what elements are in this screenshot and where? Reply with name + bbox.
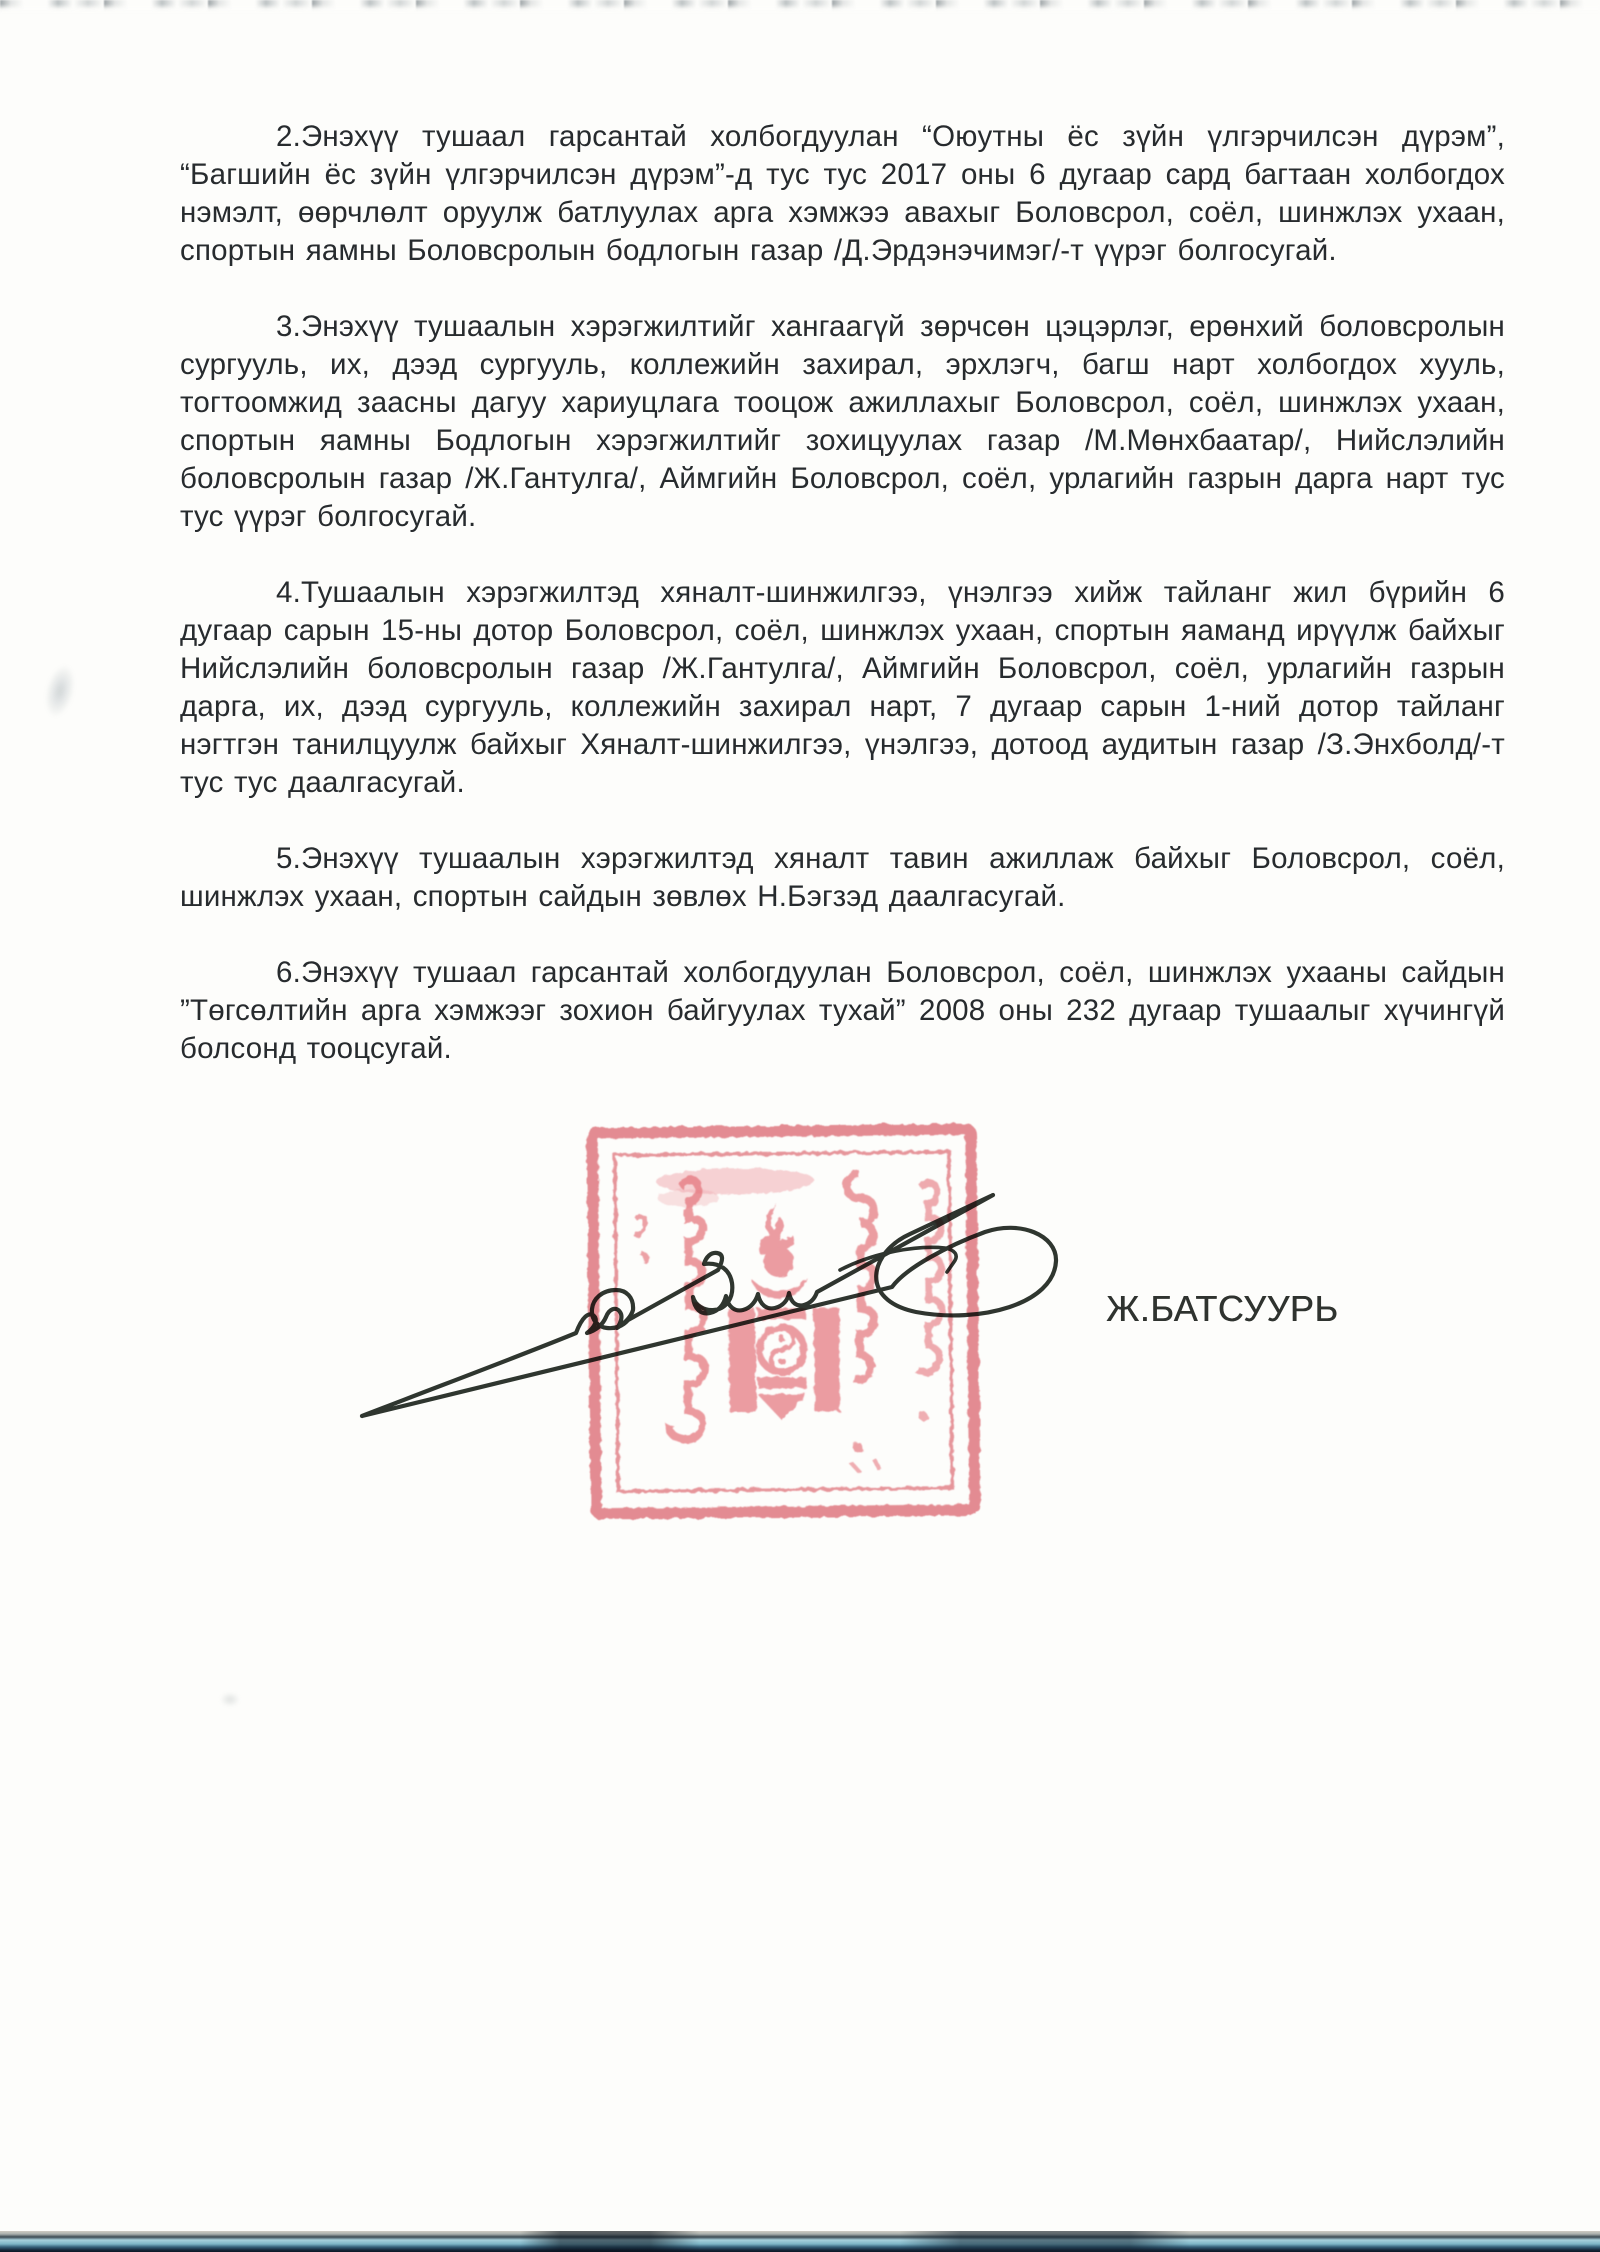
scan-smudge	[220, 1692, 240, 1707]
signature	[330, 1140, 1090, 1470]
document-body: 2.Энэхүү тушаал гарсантай холбогдуулан “…	[180, 118, 1505, 1106]
signature-graphic	[330, 1140, 1090, 1470]
signatory-name: Ж.БАТСУУРЬ	[1106, 1288, 1338, 1330]
paragraph-2: 2.Энэхүү тушаал гарсантай холбогдуулан “…	[180, 118, 1505, 270]
paragraph-4: 4.Тушаалын хэрэгжилтэд хяналт-шинжилгээ,…	[180, 574, 1505, 802]
paragraph-6: 6.Энэхүү тушаал гарсантай холбогдуулан Б…	[180, 954, 1505, 1068]
scanned-document-page: 2.Энэхүү тушаал гарсантай холбогдуулан “…	[0, 0, 1600, 2252]
scan-artifact-top-edge	[0, 0, 1600, 13]
scan-smudge	[40, 661, 80, 720]
paragraph-5: 5.Энэхүү тушаалын хэрэгжилтэд хяналт тав…	[180, 840, 1505, 916]
scan-artifact-bottom-edge	[0, 2231, 1600, 2252]
paragraph-3: 3.Энэхүү тушаалын хэрэгжилтийг хангаагүй…	[180, 308, 1505, 536]
